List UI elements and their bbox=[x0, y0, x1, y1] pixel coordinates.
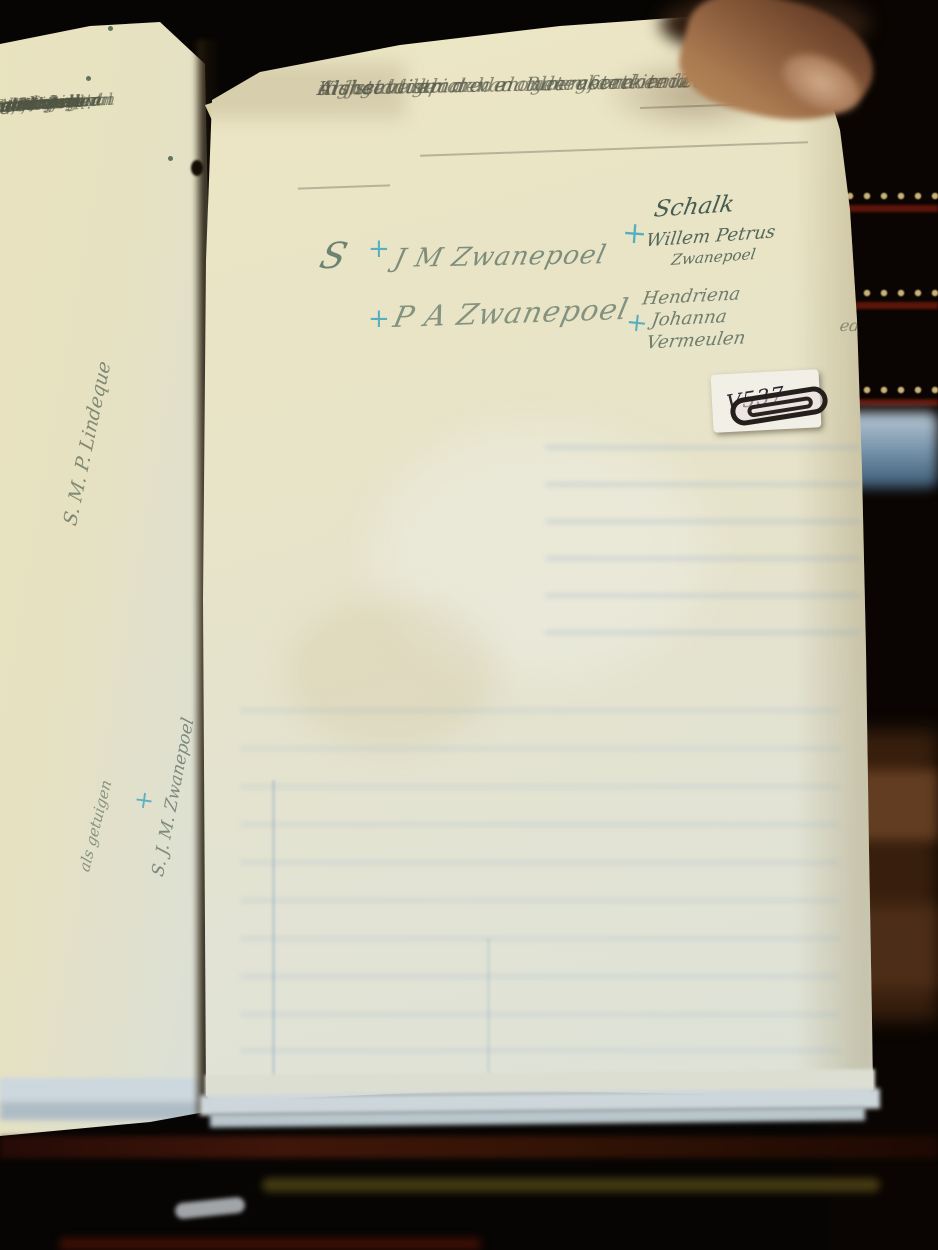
text-showthrough bbox=[240, 1048, 840, 1053]
right-page: Aldus verklaard en geteekend te Zuur Ran… bbox=[195, 8, 883, 1128]
handwritten-line-fragment: Al. bbox=[67, 85, 94, 123]
cross-mark-icon: + bbox=[132, 785, 156, 816]
text-showthrough bbox=[240, 860, 840, 865]
cross-mark-icon: + bbox=[621, 215, 649, 252]
ink-speck bbox=[108, 26, 113, 31]
text-showthrough bbox=[240, 746, 840, 751]
ink-speck bbox=[86, 76, 91, 81]
witness-signature-line: Willem Petrus bbox=[645, 222, 777, 252]
declaration-line: Als getuigen bbox=[316, 68, 453, 108]
left-page: voor het gevalmaand tellenby of zy voorg… bbox=[0, 14, 215, 1144]
text-showthrough bbox=[240, 822, 840, 827]
table-edge-streak bbox=[0, 1136, 938, 1158]
text-showthrough bbox=[545, 556, 860, 561]
witness-signature-line: Schalk bbox=[652, 191, 736, 222]
cross-mark-icon: + bbox=[368, 234, 390, 264]
ink-speck bbox=[168, 156, 173, 161]
table-edge-streak bbox=[60, 1238, 480, 1250]
page-edge-band bbox=[0, 1102, 200, 1120]
text-showthrough bbox=[545, 630, 860, 635]
book-spine-gold-dots bbox=[842, 287, 938, 300]
text-showthrough bbox=[545, 593, 860, 598]
vertical-note-als-getuigen: als getuigen bbox=[75, 742, 123, 874]
book-spine-gold-dots bbox=[842, 190, 938, 203]
principal-signature: J M Zwanepoel bbox=[391, 240, 609, 274]
binding-hole bbox=[191, 160, 203, 176]
text-showthrough bbox=[545, 482, 860, 487]
text-showthrough bbox=[240, 974, 840, 979]
text-showthrough bbox=[240, 708, 840, 713]
underline-mark bbox=[298, 184, 390, 189]
paperclip-inner-loop bbox=[747, 396, 814, 418]
text-showthrough bbox=[240, 1012, 840, 1017]
book-spine-red-band bbox=[840, 205, 938, 212]
principal-signature: P A Zwanepoel bbox=[390, 292, 632, 334]
text-showthrough bbox=[240, 898, 840, 903]
signature-flourish: S bbox=[315, 236, 351, 277]
text-showthrough bbox=[545, 445, 860, 450]
cross-mark-icon: + bbox=[624, 307, 649, 339]
gilt-edge-streak bbox=[262, 1178, 880, 1192]
vertical-signature-lindeque: S. M. P. Lindeque bbox=[59, 257, 136, 528]
page-edge-band bbox=[0, 1078, 205, 1104]
witness-signature-line: Johanna bbox=[650, 306, 728, 331]
text-showthrough bbox=[240, 936, 840, 941]
page-stain bbox=[285, 598, 495, 748]
text-showthrough bbox=[545, 519, 860, 524]
underline-mark bbox=[420, 141, 808, 157]
light-glint bbox=[174, 1196, 245, 1219]
photo-canvas: voor het gevalmaand tellenby of zy voorg… bbox=[0, 0, 938, 1250]
cross-mark-icon: + bbox=[368, 304, 390, 334]
witness-signature-line: Vermeulen bbox=[645, 327, 747, 353]
text-showthrough bbox=[240, 784, 840, 789]
